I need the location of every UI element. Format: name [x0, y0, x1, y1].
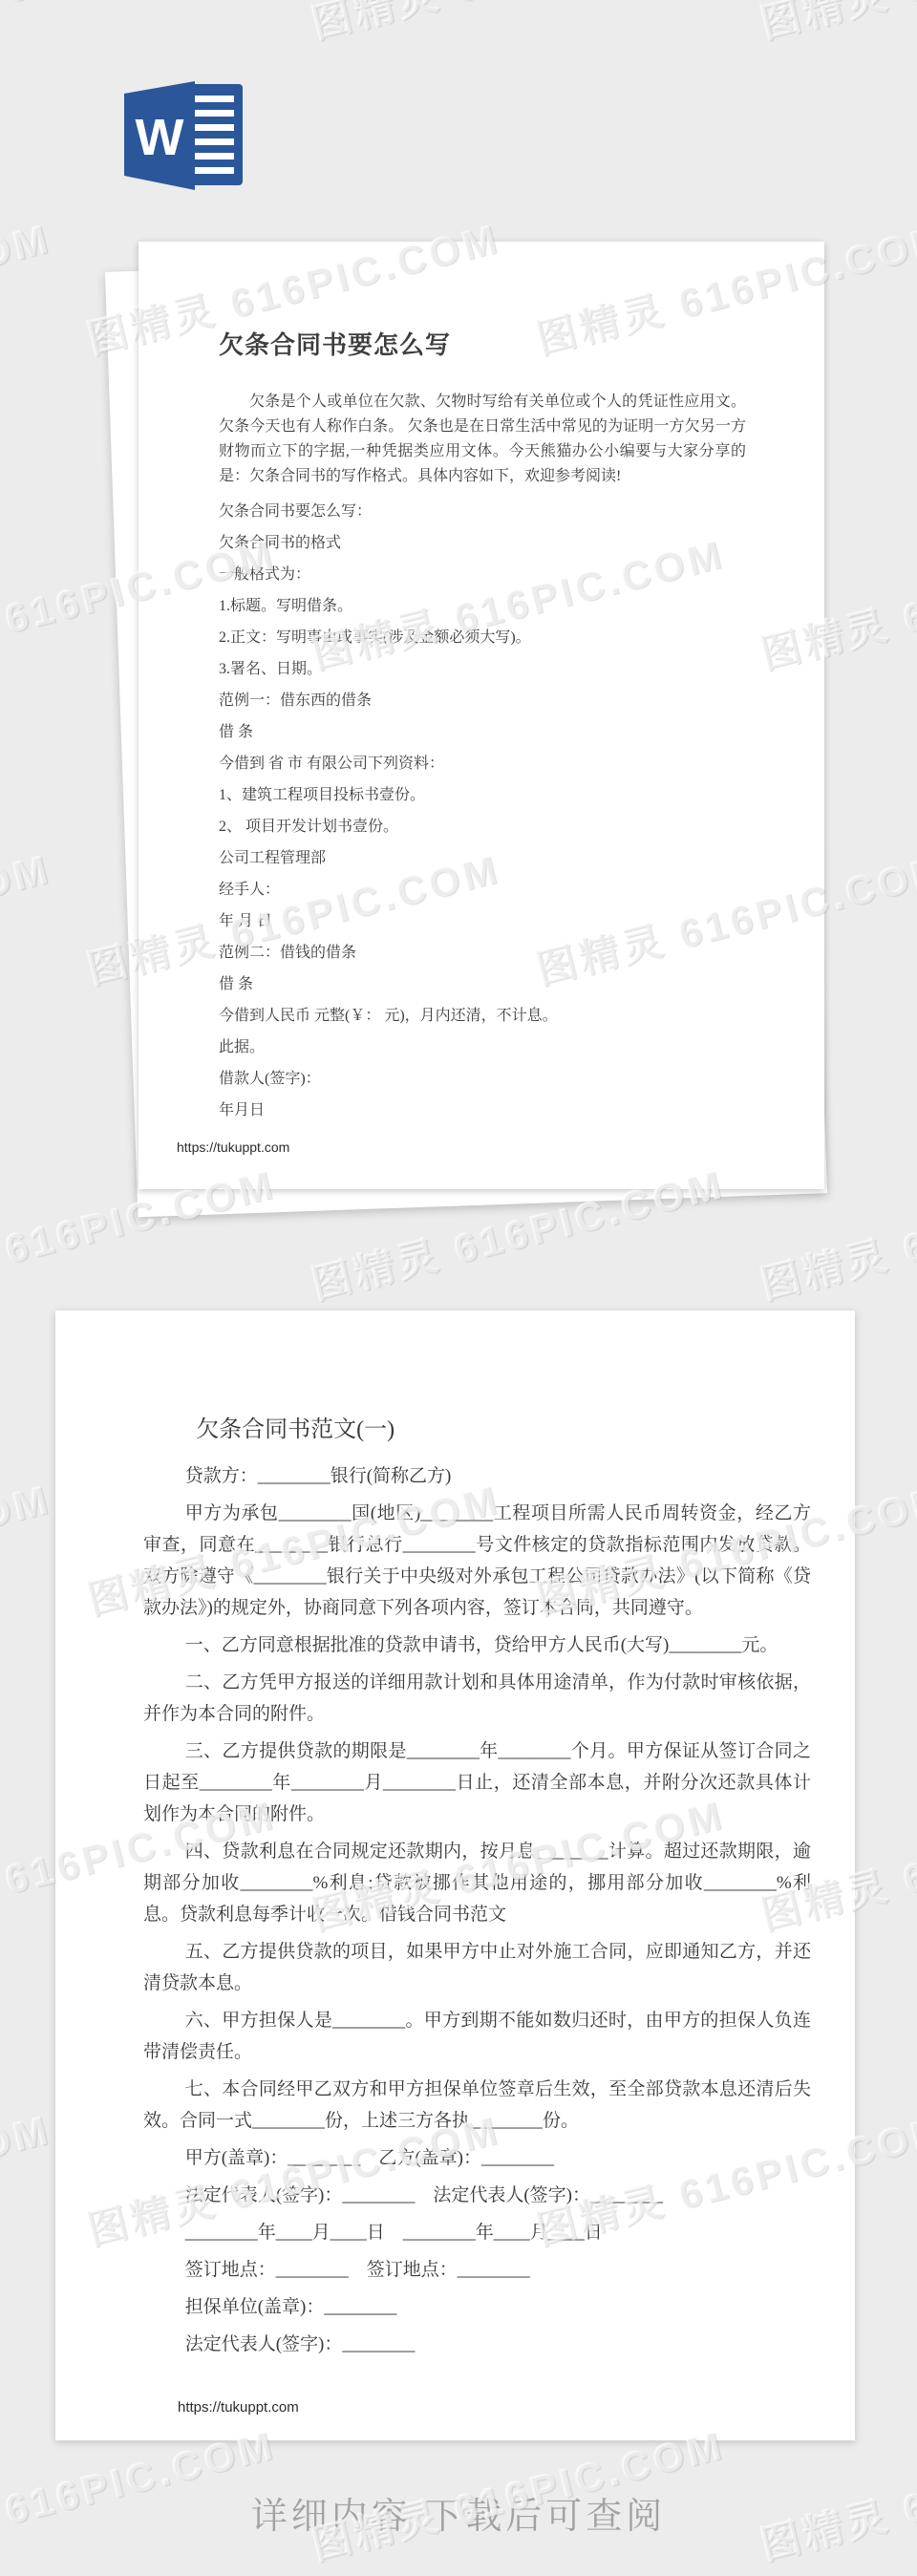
doc-line: 七、本合同经甲乙双方和甲方担保单位签章后生效，至全部贷款本息还清后失效。合同一式…: [143, 2074, 811, 2137]
doc-line: ________年____月____日 ________年____月____日: [143, 2217, 811, 2248]
page2-source-url: https://tukuppt.com: [178, 2399, 299, 2416]
doc-line: 2、 项目开发计划书壹份。: [219, 818, 746, 837]
doc-line: 五、乙方提供贷款的项目，如果甲方中止对外施工合同，应即通知乙方，并还清贷款本息。: [143, 1936, 811, 1999]
watermark-text: 图精灵 616PIC.COM: [0, 1468, 56, 1626]
watermark-text: 图精灵 616PIC.COM: [0, 207, 56, 365]
doc-line: 2.正文：写明事由或事实(涉及金额必须大写)。: [219, 628, 746, 648]
doc-line: 1、建筑工程项目投标书壹份。: [219, 786, 746, 805]
page1-content: 欠条合同书要怎么写 欠条是个人或单位在欠款、欠物时写给有关单位或个人的凭证性应用…: [219, 326, 746, 1133]
doc-line: 范例二：借钱的借条: [219, 944, 746, 963]
watermark-text: 图精灵 616PIC.COM: [0, 838, 56, 995]
doc-line: 欠条合同书的格式: [219, 534, 746, 553]
word-icon-svg: W: [124, 78, 248, 193]
doc-line: 1.标题。写明借条。: [219, 597, 746, 616]
doc-line: 甲方为承包________国(地区)________工程项目所需人民币周转资金，…: [143, 1498, 811, 1624]
preview-caption: 详细内容 下载后可查阅: [0, 2486, 917, 2539]
watermark-text: 图精灵 616PIC.COM: [0, 0, 281, 51]
document-page-1: 欠条合同书要怎么写 欠条是个人或单位在欠款、欠物时写给有关单位或个人的凭证性应用…: [139, 242, 824, 1189]
doc-line: 借款人(签字)：: [219, 1070, 746, 1089]
doc-line: 公司工程管理部: [219, 849, 746, 868]
page1-title: 欠条合同书要怎么写: [219, 326, 746, 361]
page1-source-url: https://tukuppt.com: [177, 1139, 289, 1155]
doc-line: 借 条: [219, 723, 746, 742]
doc-line: 今借到人民币 元整(￥： 元)，月内还清，不计息。: [219, 1007, 746, 1026]
doc-line: 3.署名、日期。: [219, 660, 746, 679]
word-icon-letter: W: [136, 109, 184, 166]
doc-line: 二、乙方凭甲方报送的详细用款计划和具体用途清单，作为付款时审核依据，并作为本合同…: [143, 1667, 811, 1730]
doc-line: 范例一：借东西的借条: [219, 692, 746, 711]
preview-canvas: W 欠条合同书要怎么写 欠条是个人或单位在欠款、欠物时写给有关单位或个人的凭证性…: [0, 0, 917, 2576]
doc-line: 签订地点：________ 签订地点：________: [143, 2254, 811, 2286]
doc-line: 经手人：: [219, 881, 746, 900]
page1-lines: 欠条合同书要怎么写：欠条合同书的格式一般格式为：1.标题。写明借条。2.正文：写…: [219, 502, 746, 1120]
doc-line: 法定代表人(签字)：________: [143, 2329, 811, 2360]
doc-line: 担保单位(盖章)：________: [143, 2291, 811, 2323]
doc-line: 一般格式为：: [219, 565, 746, 585]
doc-line: 此据。: [219, 1038, 746, 1057]
document-page-2: 欠条合同书范文(一) 贷款方：________银行(简称乙方)甲方为承包____…: [55, 1310, 855, 2440]
page2-title: 欠条合同书范文(一): [143, 1410, 811, 1443]
doc-line: 今借到 省 市 有限公司下列资料：: [219, 755, 746, 774]
doc-line: 四、贷款利息在合同规定还款期内，按月息________计算。超过还款期限，逾期部…: [143, 1836, 811, 1930]
watermark-text: 图精灵 616PIC.COM: [305, 0, 730, 51]
doc-line: 贷款方：________银行(简称乙方): [143, 1460, 811, 1492]
doc-line: 六、甲方担保人是________。甲方到期不能如数归还时，由甲方的担保人负连带清…: [143, 2005, 811, 2068]
page2-content: 欠条合同书范文(一) 贷款方：________银行(简称乙方)甲方为承包____…: [143, 1410, 811, 2366]
doc-line: 法定代表人(签字)：________ 法定代表人(签字)：________: [143, 2180, 811, 2211]
doc-line: 甲方(盖章)：________ 乙方(盖章)：________: [143, 2142, 811, 2174]
watermark-text: 图精灵 616PIC.COM: [0, 2098, 56, 2256]
doc-line: 欠条合同书要怎么写：: [219, 502, 746, 522]
page1-intro: 欠条是个人或单位在欠款、欠物时写给有关单位或个人的凭证性应用文。欠条今天也有人称…: [219, 390, 746, 489]
word-icon: W: [124, 78, 248, 193]
doc-line: 一、乙方同意根据批准的贷款申请书，贷给甲方人民币(大写)________元。: [143, 1629, 811, 1661]
doc-line: 年 月 日: [219, 912, 746, 931]
page2-paragraphs: 贷款方：________银行(简称乙方)甲方为承包________国(地区)__…: [143, 1460, 811, 2360]
doc-line: 借 条: [219, 975, 746, 994]
doc-line: 年月日: [219, 1101, 746, 1120]
doc-line: 三、乙方提供贷款的期限是________年________个月。甲方保证从签订合…: [143, 1735, 811, 1830]
watermark-text: 图精灵 616PIC.COM: [754, 0, 917, 51]
